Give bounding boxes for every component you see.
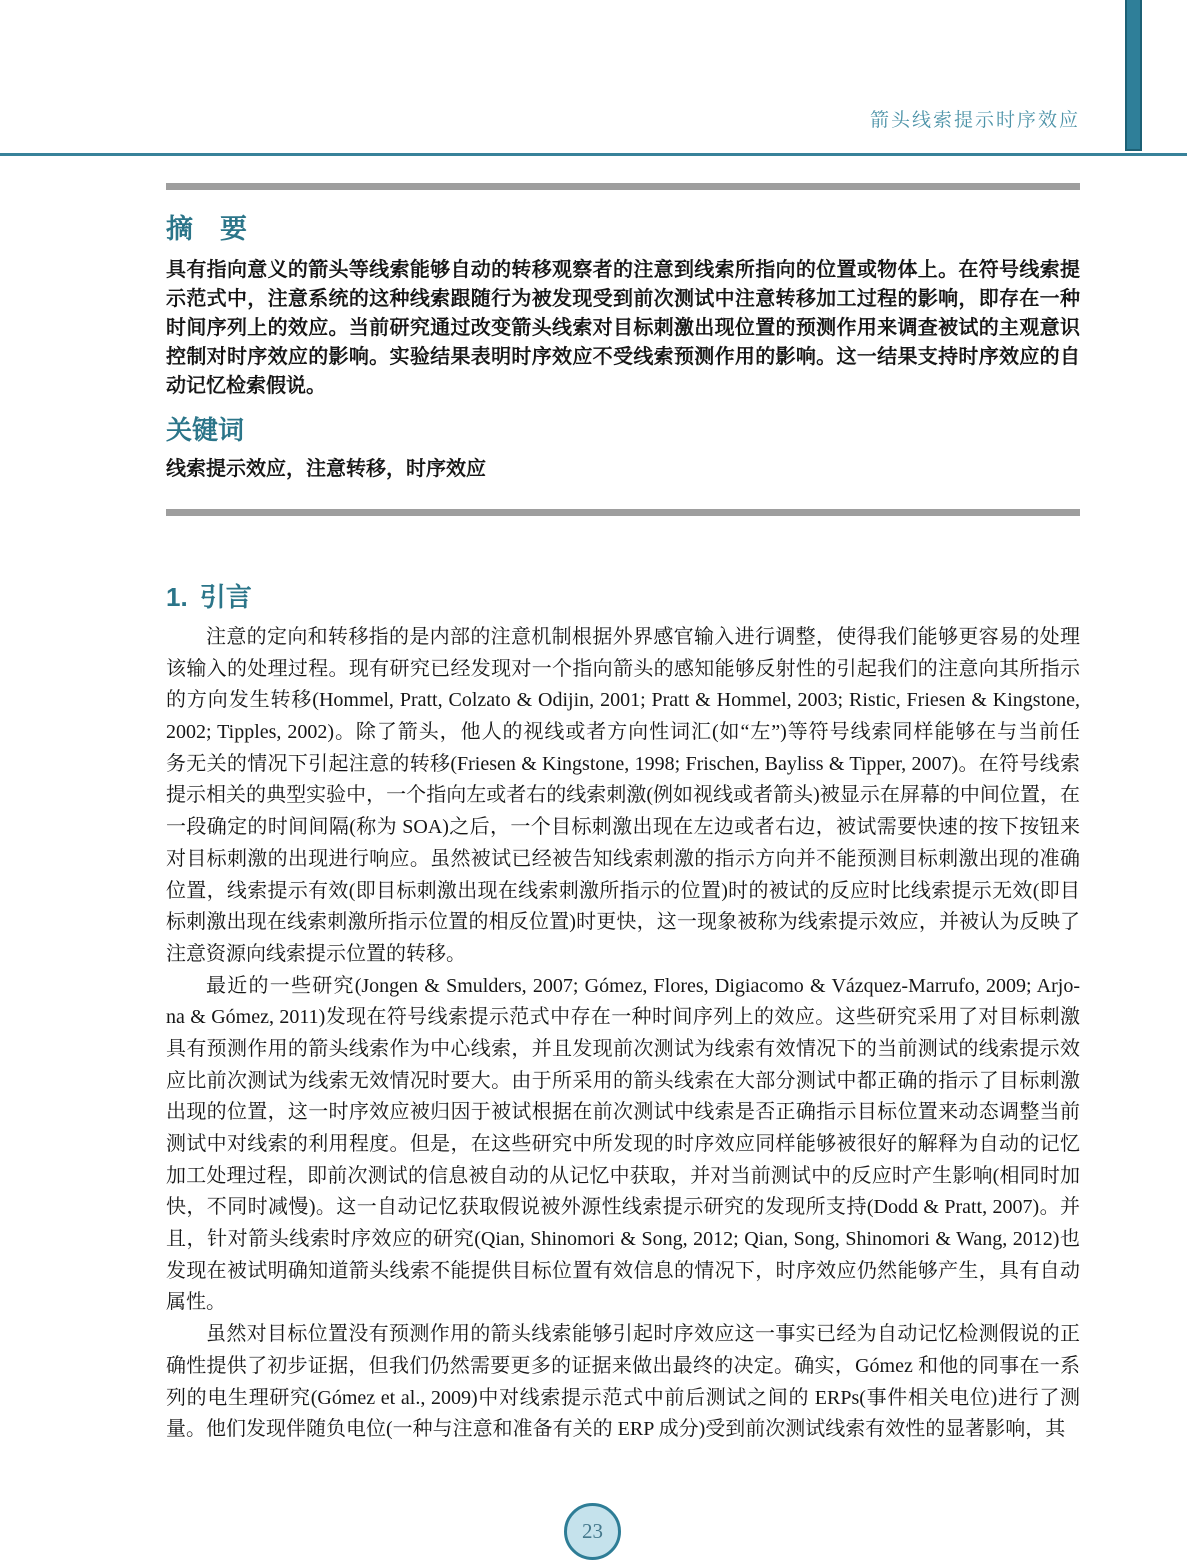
content-column: 摘 要 具有指向意义的箭头等线索能够自动的转移观察者的注意到线索所指向的位置或物… [166,183,1080,1446]
text-line: na & Gómez, 2011)发现在符号线索提示范式中存在一种时间序列上的效… [166,1002,1080,1034]
text-line: 确性提供了初步证据，但我们仍然需要更多的证据来做出最终的决定。确实，Gómez … [166,1351,1080,1383]
text-line: 注意的定向和转移指的是内部的注意机制根据外界感官输入进行调整，使得我们能够更容易… [166,622,1080,654]
text-line: 虽然对目标位置没有预测作用的箭头线索能够引起时序效应这一事实已经为自动记忆检测假… [166,1319,1080,1351]
abstract-line: 时间序列上的效应。当前研究通过改变箭头线索对目标刺激出现位置的预测作用来调查被试… [166,314,1080,343]
text-line: 应比前次测试为线索无效情况时要大。由于所采用的箭头线索在大部分测试中都正确的指示… [166,1066,1080,1098]
text-line: 对目标刺激的出现进行响应。虽然被试已经被告知线索刺激的指示方向并不能预测目标刺激… [166,844,1080,876]
abstract-line: 具有指向意义的箭头等线索能够自动的转移观察者的注意到线索所指向的位置或物体上。在… [166,256,1080,285]
text-line: 列的电生理研究(Gómez et al., 2009)中对线索提示范式中前后测试… [166,1383,1080,1415]
abstract-line: 示范式中，注意系统的这种线索跟随行为被发现受到前次测试中注意转移加工过程的影响，… [166,285,1080,314]
text-line: 出现的位置，这一时序效应被归因于被试根据在前次测试中线索是否正确指示目标位置来动… [166,1097,1080,1129]
text-line: 具有预测作用的箭头线索作为中心线索，并且发现前次测试为线索有效情况下的当前测试的… [166,1034,1080,1066]
page-number: 23 [582,1519,603,1544]
text-line: 该输入的处理过程。现有研究已经发现对一个指向箭头的感知能够反射性的引起我们的注意… [166,654,1080,686]
text-line: 量。他们发现伴随负电位(一种与注意和准备有关的 ERP 成分)受到前次测试线索有… [166,1414,1080,1446]
introduction-heading: 1.引言 [166,580,1080,614]
text-line: 加工处理过程，即前次测试的信息被自动的从记忆中获取，并对当前测试中的反应时产生影… [166,1161,1080,1193]
text-line: 快，不同时减慢)。这一自动记忆获取假说被外源性线索提示研究的发现所支持(Dodd… [166,1192,1080,1224]
abstract-lines: 具有指向意义的箭头等线索能够自动的转移观察者的注意到线索所指向的位置或物体上。在… [166,256,1080,401]
text-line: 发现在被试明确知道箭头线索不能提供目标位置有效信息的情况下，时序效应仍然能够产生… [166,1256,1080,1288]
paragraph: 虽然对目标位置没有预测作用的箭头线索能够引起时序效应这一事实已经为自动记忆检测假… [166,1319,1080,1446]
text-line: 且，针对箭头线索时序效应的研究(Qian, Shinomori & Song, … [166,1224,1080,1256]
paragraph: 注意的定向和转移指的是内部的注意机制根据外界感官输入进行调整，使得我们能够更容易… [166,622,1080,971]
text-line: 最近的一些研究(Jongen & Smulders, 2007; Gómez, … [166,971,1080,1003]
text-line: 注意资源向线索提示位置的转移。 [166,939,1080,971]
introduction-paragraphs: 注意的定向和转移指的是内部的注意机制根据外界感官输入进行调整，使得我们能够更容易… [166,622,1080,1446]
page-number-badge: 23 [564,1503,621,1560]
text-line: 测试中对线索的利用程度。但是，在这些研究中所发现的时序效应同样能够被很好的解释为… [166,1129,1080,1161]
header-rule [0,153,1187,156]
abstract-line: 控制对时序效应的影响。实验结果表明时序效应不受线索预测作用的影响。这一结果支持时… [166,343,1080,372]
document-page: 箭头线索提示时序效应 摘 要 具有指向意义的箭头等线索能够自动的转移观察者的注意… [0,0,1187,1563]
section-title: 引言 [200,582,252,612]
text-line: 标刺激出现在线索刺激所指示位置的相反位置)时更快，这一现象被称为线索提示效应，并… [166,907,1080,939]
text-line: 提示相关的典型实验中，一个指向左或者右的线索刺激(例如视线或者箭头)被显示在屏幕… [166,780,1080,812]
divider-bottom [166,509,1080,516]
text-line: 2002; Tipples, 2002)。除了箭头，他人的视线或者方向性词汇(如… [166,717,1080,749]
section-number: 1. [166,582,188,612]
divider-top [166,183,1080,190]
text-line: 一段确定的时间间隔(称为 SOA)之后，一个目标刺激出现在左边或者右边，被试需要… [166,812,1080,844]
text-line: 的方向发生转移(Hommel, Pratt, Colzato & Odijin,… [166,685,1080,717]
paragraph: 最近的一些研究(Jongen & Smulders, 2007; Gómez, … [166,971,1080,1320]
running-head: 箭头线索提示时序效应 [870,107,1080,135]
keywords-text: 线索提示效应，注意转移，时序效应 [166,455,1080,483]
keywords-heading: 关键词 [166,413,1080,447]
abstract-heading: 摘 要 [166,212,1080,246]
header-corner-bar [1125,0,1142,151]
text-line: 务无关的情况下引起注意的转移(Friesen & Kingstone, 1998… [166,749,1080,781]
text-line: 位置，线索提示有效(即目标刺激出现在线索刺激所指示的位置)时的被试的反应时比线索… [166,876,1080,908]
abstract-line: 动记忆检索假说。 [166,372,1080,401]
text-line: 属性。 [166,1287,1080,1319]
